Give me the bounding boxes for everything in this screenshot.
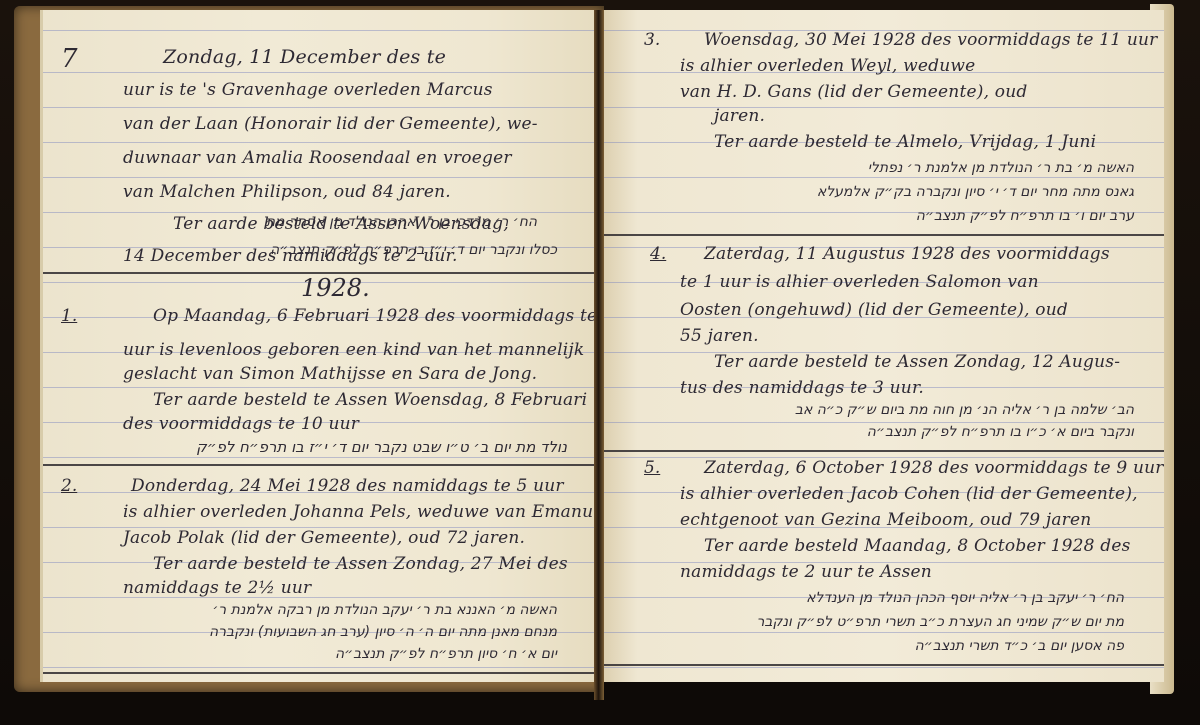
entry-line: Zondag, 11 December des te bbox=[163, 46, 446, 68]
hebrew-line: כסלו ונקבר יום ד׳ י״ז בו תרפ״ח לפ״ק תנצב… bbox=[270, 242, 557, 258]
left-page: 7 Zondag, 11 December des te uur is te '… bbox=[40, 10, 597, 682]
entry-number: 5. bbox=[644, 458, 660, 478]
entry-line: Donderdag, 24 Mei 1928 des namiddags te … bbox=[131, 476, 564, 496]
entry-line: Op Maandag, 6 Februari 1928 des voormidd… bbox=[153, 306, 597, 326]
entry-line: Ter aarde besteld te Assen Zondag, 27 Me… bbox=[153, 554, 568, 574]
entry-line: Ter aarde besteld Maandag, 8 October 192… bbox=[704, 536, 1131, 556]
entry-line: Zaterdag, 6 October 1928 des voormiddags… bbox=[704, 458, 1164, 478]
entry-line: te 1 uur is alhier overleden Salomon van bbox=[680, 272, 1039, 292]
entry-line: Oosten (ongehuwd) (lid der Gemeente), ou… bbox=[680, 300, 1068, 320]
book-spine bbox=[594, 10, 604, 700]
entry-line: uur is levenloos geboren een kind van he… bbox=[123, 340, 584, 360]
entry-line: Ter aarde besteld te Assen Woensdag, 8 F… bbox=[153, 390, 587, 410]
entry-line: 55 jaren. bbox=[680, 326, 759, 346]
entry-divider bbox=[43, 464, 597, 466]
entry-line: van Malchen Philipson, oud 84 jaren. bbox=[123, 182, 451, 202]
hebrew-line: ערב יום ו׳ בו תרפ״ח לפ״ק תנצב״ה bbox=[916, 208, 1134, 224]
entry-line: namiddags te 2 uur te Assen bbox=[680, 562, 932, 582]
hebrew-line: פה אסען יום ב׳ כ״ד תשרי תנצב״ה bbox=[915, 638, 1124, 654]
hebrew-line: הב׳ שלמה בן ר׳ אליה הנ׳ מן חוה מת ביום ש… bbox=[795, 402, 1134, 418]
entry-line: van der Laan (Honorair lid der Gemeente)… bbox=[123, 114, 538, 134]
entry-divider bbox=[604, 450, 1164, 452]
entry-divider bbox=[43, 672, 597, 674]
entry-line: Woensdag, 30 Mei 1928 des voormiddags te… bbox=[704, 30, 1158, 50]
entry-number: 4. bbox=[650, 244, 666, 264]
entry-line: tus des namiddags te 3 uur. bbox=[680, 378, 924, 398]
hebrew-line: גאנס מתה מחר יום ד׳ י׳ סיון ונקברה בק״ק … bbox=[817, 184, 1134, 200]
year-heading: 1928. bbox=[301, 274, 370, 302]
hebrew-line: ונקבר ביום א׳ כ״ו בו תרפ״ח לפ״ק תנצב״ה bbox=[867, 424, 1134, 440]
right-page: 3. Woensdag, 30 Mei 1928 des voormiddags… bbox=[604, 10, 1164, 682]
entry-line: is alhier overleden Johanna Pels, weduwe… bbox=[123, 502, 597, 522]
entry-line: des voormiddags te 10 uur bbox=[123, 414, 359, 434]
entry-line: Ter aarde besteld te Assen Zondag, 12 Au… bbox=[714, 352, 1120, 372]
entry-line: van H. D. Gans (lid der Gemeente), oud bbox=[680, 82, 1027, 102]
hebrew-line: הח׳ ר׳ יעקב בן ר׳ אליה יוסף הכהן הנולד מ… bbox=[806, 590, 1124, 606]
hebrew-line: נולד מת יום ב׳ ט״ו שבט נקבר יום ד׳ י״ז ב… bbox=[196, 438, 567, 456]
entry-number: 2. bbox=[61, 476, 77, 496]
entry-line: Ter aarde besteld te Almelo, Vrijdag, 1 … bbox=[714, 132, 1096, 152]
entry-number: 7 bbox=[61, 44, 78, 74]
entry-line: namiddags te 2½ uur bbox=[123, 578, 311, 598]
entry-line: duwnaar van Amalia Roosendaal en vroeger bbox=[123, 148, 512, 168]
hebrew-line: יום א׳ ח׳ סיון תרפ״ח לפ״ק תנצב״ה bbox=[335, 646, 557, 662]
entry-line: uur is te 's Gravenhage overleden Marcus bbox=[123, 80, 493, 100]
hebrew-line: מת יום ש״ק שמיני חג העצרת כ״ב תשרי תרפ״ט… bbox=[757, 614, 1124, 630]
hebrew-line: האשה מ׳ בת ר׳ הנולדת מן אלמנת ר׳ נפתלי bbox=[868, 160, 1134, 176]
entry-line: geslacht van Simon Mathijsse en Sara de … bbox=[123, 364, 537, 384]
entry-divider bbox=[604, 234, 1164, 236]
hebrew-line: מנחם מאנן מתה יום ה׳ ה׳ סיון (ערב חג השב… bbox=[209, 624, 557, 640]
hebrew-line: האשה מ׳ האננא בת ר׳ יעקב הנולדת מן רבקה … bbox=[212, 602, 557, 618]
hebrew-line: הח׳ ר׳ מרדכי בן ר׳ אהרן הנולד מן אסתר מת bbox=[266, 214, 537, 230]
entry-line: Jacob Polak (lid der Gemeente), oud 72 j… bbox=[123, 528, 525, 548]
entry-number: 3. bbox=[644, 30, 660, 50]
entry-line: is alhier overleden Jacob Cohen (lid der… bbox=[680, 484, 1138, 504]
entry-number: 1. bbox=[61, 306, 77, 326]
entry-line: Zaterdag, 11 Augustus 1928 des voormidda… bbox=[704, 244, 1110, 264]
entry-line: echtgenoot van Gezina Meiboom, oud 79 ja… bbox=[680, 510, 1091, 530]
entry-line: is alhier overleden Weyl, weduwe bbox=[680, 56, 975, 76]
entry-line: jaren. bbox=[714, 106, 765, 126]
entry-divider bbox=[604, 664, 1164, 666]
